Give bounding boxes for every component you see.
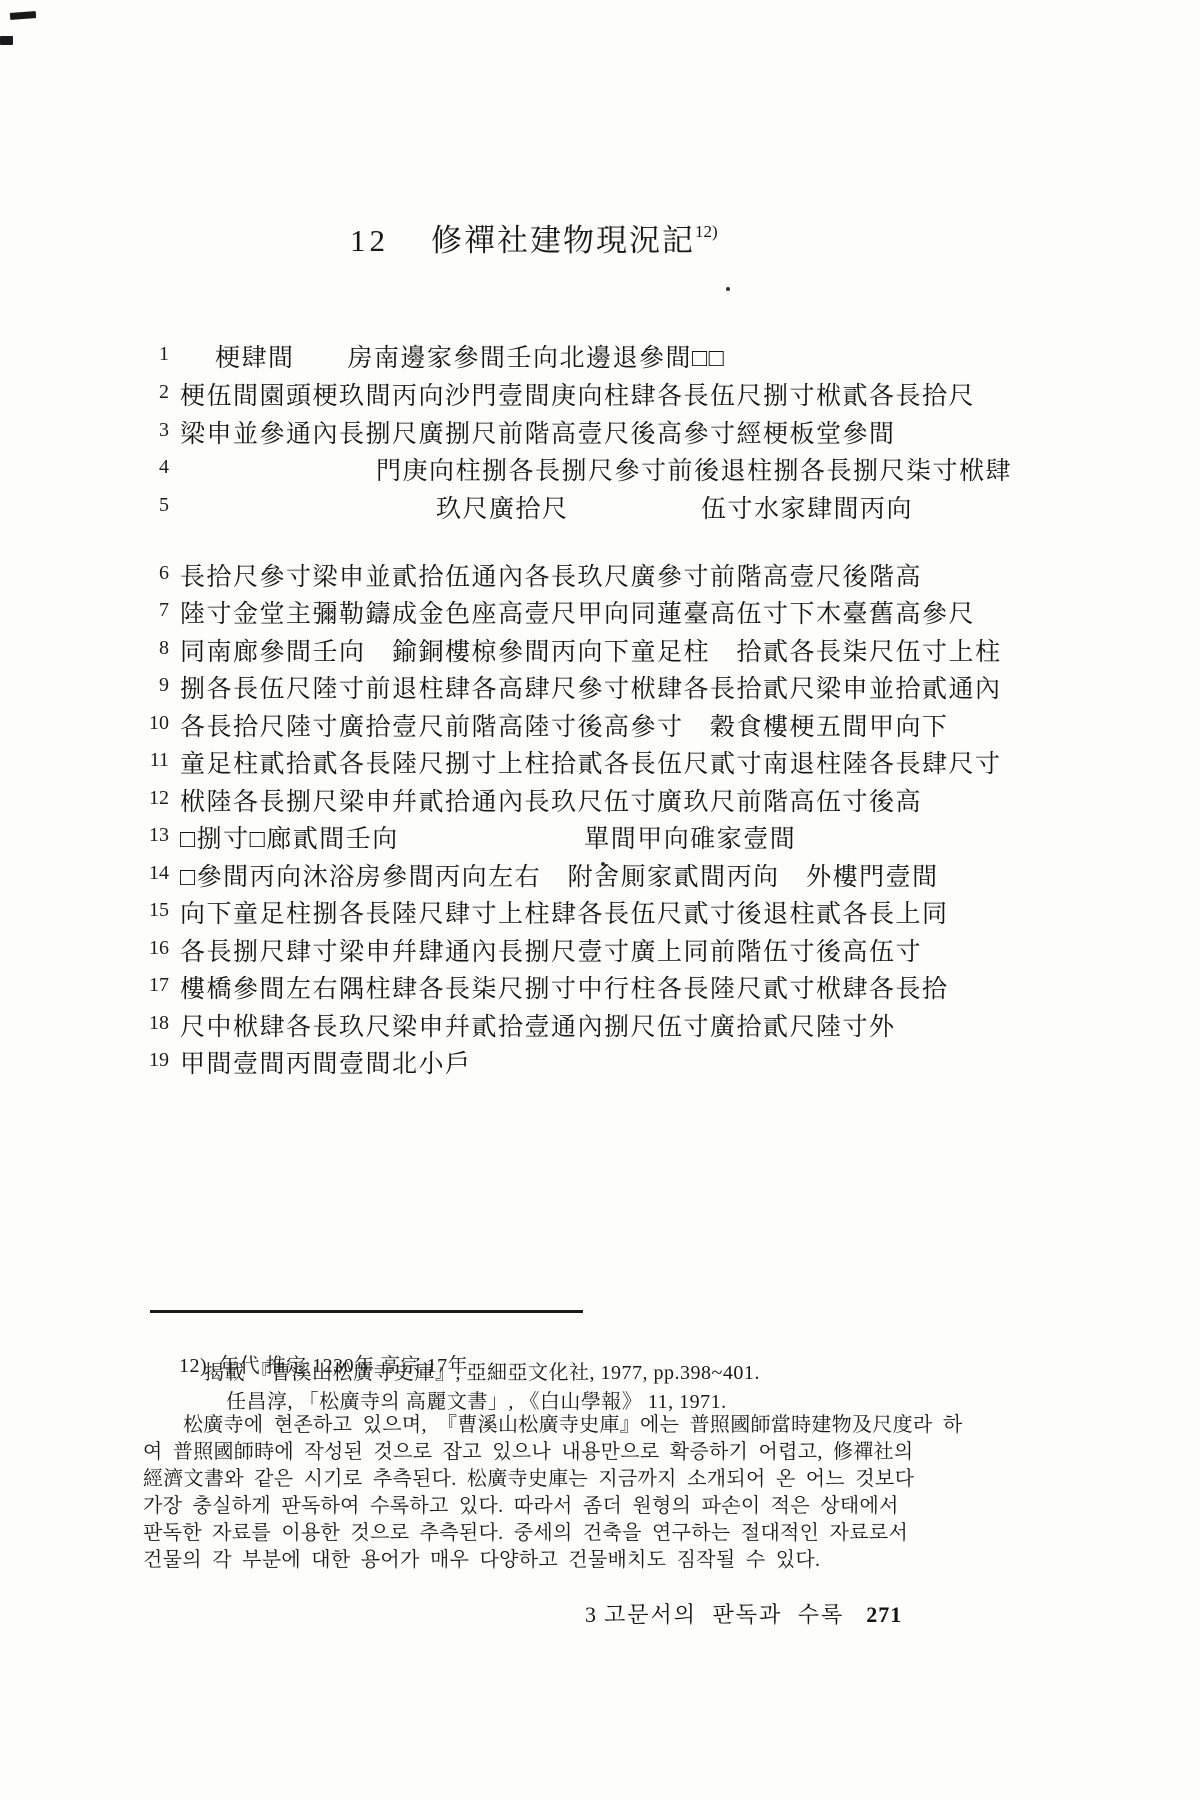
scanned-document-page: 12修禪社建物現況記12) 1梗肆間 房南邊家參間壬向北邊退參間□□ 2梗伍間園…	[0, 0, 1200, 1800]
footnote-paragraph: 松廣寺에 현존하고 있으며, 『曹溪山松廣寺史庫』에는 普照國師當時建物及尺度라…	[143, 1412, 973, 1574]
line-text: □參間丙向沐浴房參間丙向左右 附舍厠家貳間丙向 外樓門壹間	[180, 857, 939, 893]
line-text: 門庚向柱捌各長捌尺參寸前後退柱捌各長捌尺柒寸栿肆	[376, 451, 1012, 487]
footnote-paragraph-line: 건물의 각 부분에 대한 용어가 매우 다양하고 건물배치도 짐작될 수 있다.	[143, 1547, 973, 1574]
footnote-paragraph-line: 여 普照國師時에 작성된 것으로 잡고 있으나 내용만으로 확증하기 어렵고, …	[143, 1439, 973, 1466]
line-text: 樓橋參間左右隅柱肆各長柒尺捌寸中行柱各長陸尺貳寸栿肆各長拾	[180, 969, 949, 1005]
footnote-divider	[150, 1310, 583, 1313]
line-number: 3	[143, 419, 169, 442]
line-text: 童足柱貳拾貳各長陸尺捌寸上柱拾貳各長伍尺貳寸南退柱陸各長肆尺寸	[180, 744, 1002, 780]
scan-speck	[726, 287, 730, 291]
footer-section-title: 고문서의 판독과 수록	[604, 1602, 844, 1627]
line-number: 6	[143, 562, 169, 585]
line-text: □捌寸□廊貳間壬向 單間甲向碓家壹間	[180, 819, 796, 855]
line-number: 9	[143, 674, 169, 697]
document-title: 12修禪社建物現況記12)	[350, 215, 718, 260]
line-text: 各長拾尺陸寸廣拾壹尺前階高陸寸後高參寸 穀食樓梗五間甲向下	[180, 707, 949, 743]
title-number: 12	[350, 223, 389, 259]
footnote-source-2: 任昌淳, 「松廣寺의 高麗文書」, 《白山學報》 11, 1971.	[226, 1385, 727, 1414]
title-footnote-ref: 12)	[695, 222, 718, 241]
footnote-ref: 12)	[179, 1355, 207, 1377]
line-number: 7	[143, 599, 169, 622]
line-number: 17	[143, 974, 169, 997]
footer-page-number: 271	[866, 1602, 902, 1627]
footnote-paragraph-line: 가장 충실하게 판독하여 수록하고 있다. 따라서 좀더 원형의 파손이 적은 …	[143, 1493, 973, 1520]
line-number: 15	[143, 899, 169, 922]
line-number: 1	[143, 343, 169, 366]
line-text: 甲間壹間丙間壹間北小戶	[180, 1044, 472, 1080]
line-text: 梗伍間園頭梗玖間丙向沙門壹間庚向柱肆各長伍尺捌寸栿貳各長拾尺	[180, 376, 975, 412]
line-number: 14	[143, 862, 169, 885]
line-text: 梗肆間 房南邊家參間壬向北邊退參間□□	[215, 338, 725, 374]
line-text: 各長捌尺肆寸梁申幷肆通內長捌尺壹寸廣上同前階伍寸後高伍寸	[180, 932, 922, 968]
footnote-paragraph-line: 松廣寺에 현존하고 있으며, 『曹溪山松廣寺史庫』에는 普照國師當時建物及尺度라…	[143, 1412, 973, 1439]
line-text: 栿陸各長捌尺梁申幷貳拾通內長玖尺伍寸廣玖尺前階高伍寸後高	[180, 782, 922, 818]
title-text: 修禪社建物現況記	[431, 223, 695, 258]
line-number: 18	[143, 1012, 169, 1035]
line-number: 19	[143, 1049, 169, 1072]
line-text: 尺中栿肆各長玖尺梁申幷貳拾壹通內捌尺伍寸廣拾貳尺陸寸外	[180, 1007, 896, 1043]
line-text: 同南廊參間壬向 鍮銅樓椋參間丙向下童足柱 拾貳各長柒尺伍寸上柱	[180, 632, 1002, 668]
line-text: 捌各長伍尺陸寸前退柱肆各高肆尺參寸栿肆各長拾貳尺梁申並拾貳通內	[180, 669, 1002, 705]
line-number: 11	[143, 749, 169, 772]
footnote-paragraph-line: 經濟文書와 같은 시기로 추측된다. 松廣寺史庫는 지금까지 소개되어 온 어느…	[143, 1466, 973, 1493]
line-text: 玖尺廣拾尺 伍寸水家肆間丙向	[436, 489, 913, 525]
line-number: 2	[143, 381, 169, 404]
line-number: 13	[143, 824, 169, 847]
footer-section-number: 3	[585, 1602, 598, 1627]
footnote-source-1: 揭載 『曹溪山松廣寺史庫』, 亞細亞文化社, 1977, pp.398~401.	[204, 1356, 760, 1385]
line-text: 向下童足柱捌各長陸尺肆寸上柱肆各長伍尺貳寸後退柱貳各長上同	[180, 894, 949, 930]
line-number: 5	[143, 494, 169, 517]
line-text: 陸寸金堂主彌勒鑄成金色座高壹尺甲向同蓮臺高伍寸下木臺舊高參尺	[180, 594, 975, 630]
line-number: 12	[143, 787, 169, 810]
scan-artifact	[10, 11, 36, 20]
line-text: 長拾尺參寸梁申並貳拾伍通內各長玖尺廣參寸前階高壹尺後階高	[180, 557, 922, 593]
line-number: 8	[143, 637, 169, 660]
scan-artifact	[0, 36, 13, 45]
page-footer: 3고문서의 판독과 수록271	[585, 1598, 902, 1629]
line-text: 梁申並參通內長捌尺廣捌尺前階高壹尺後高參寸經梗板堂參間	[180, 414, 896, 450]
line-number: 4	[143, 456, 169, 479]
line-number: 10	[143, 712, 169, 735]
line-number: 16	[143, 937, 169, 960]
footnote-paragraph-line: 판독한 자료를 이용한 것으로 추측된다. 중세의 건축을 연구하는 절대적인 …	[143, 1520, 973, 1547]
